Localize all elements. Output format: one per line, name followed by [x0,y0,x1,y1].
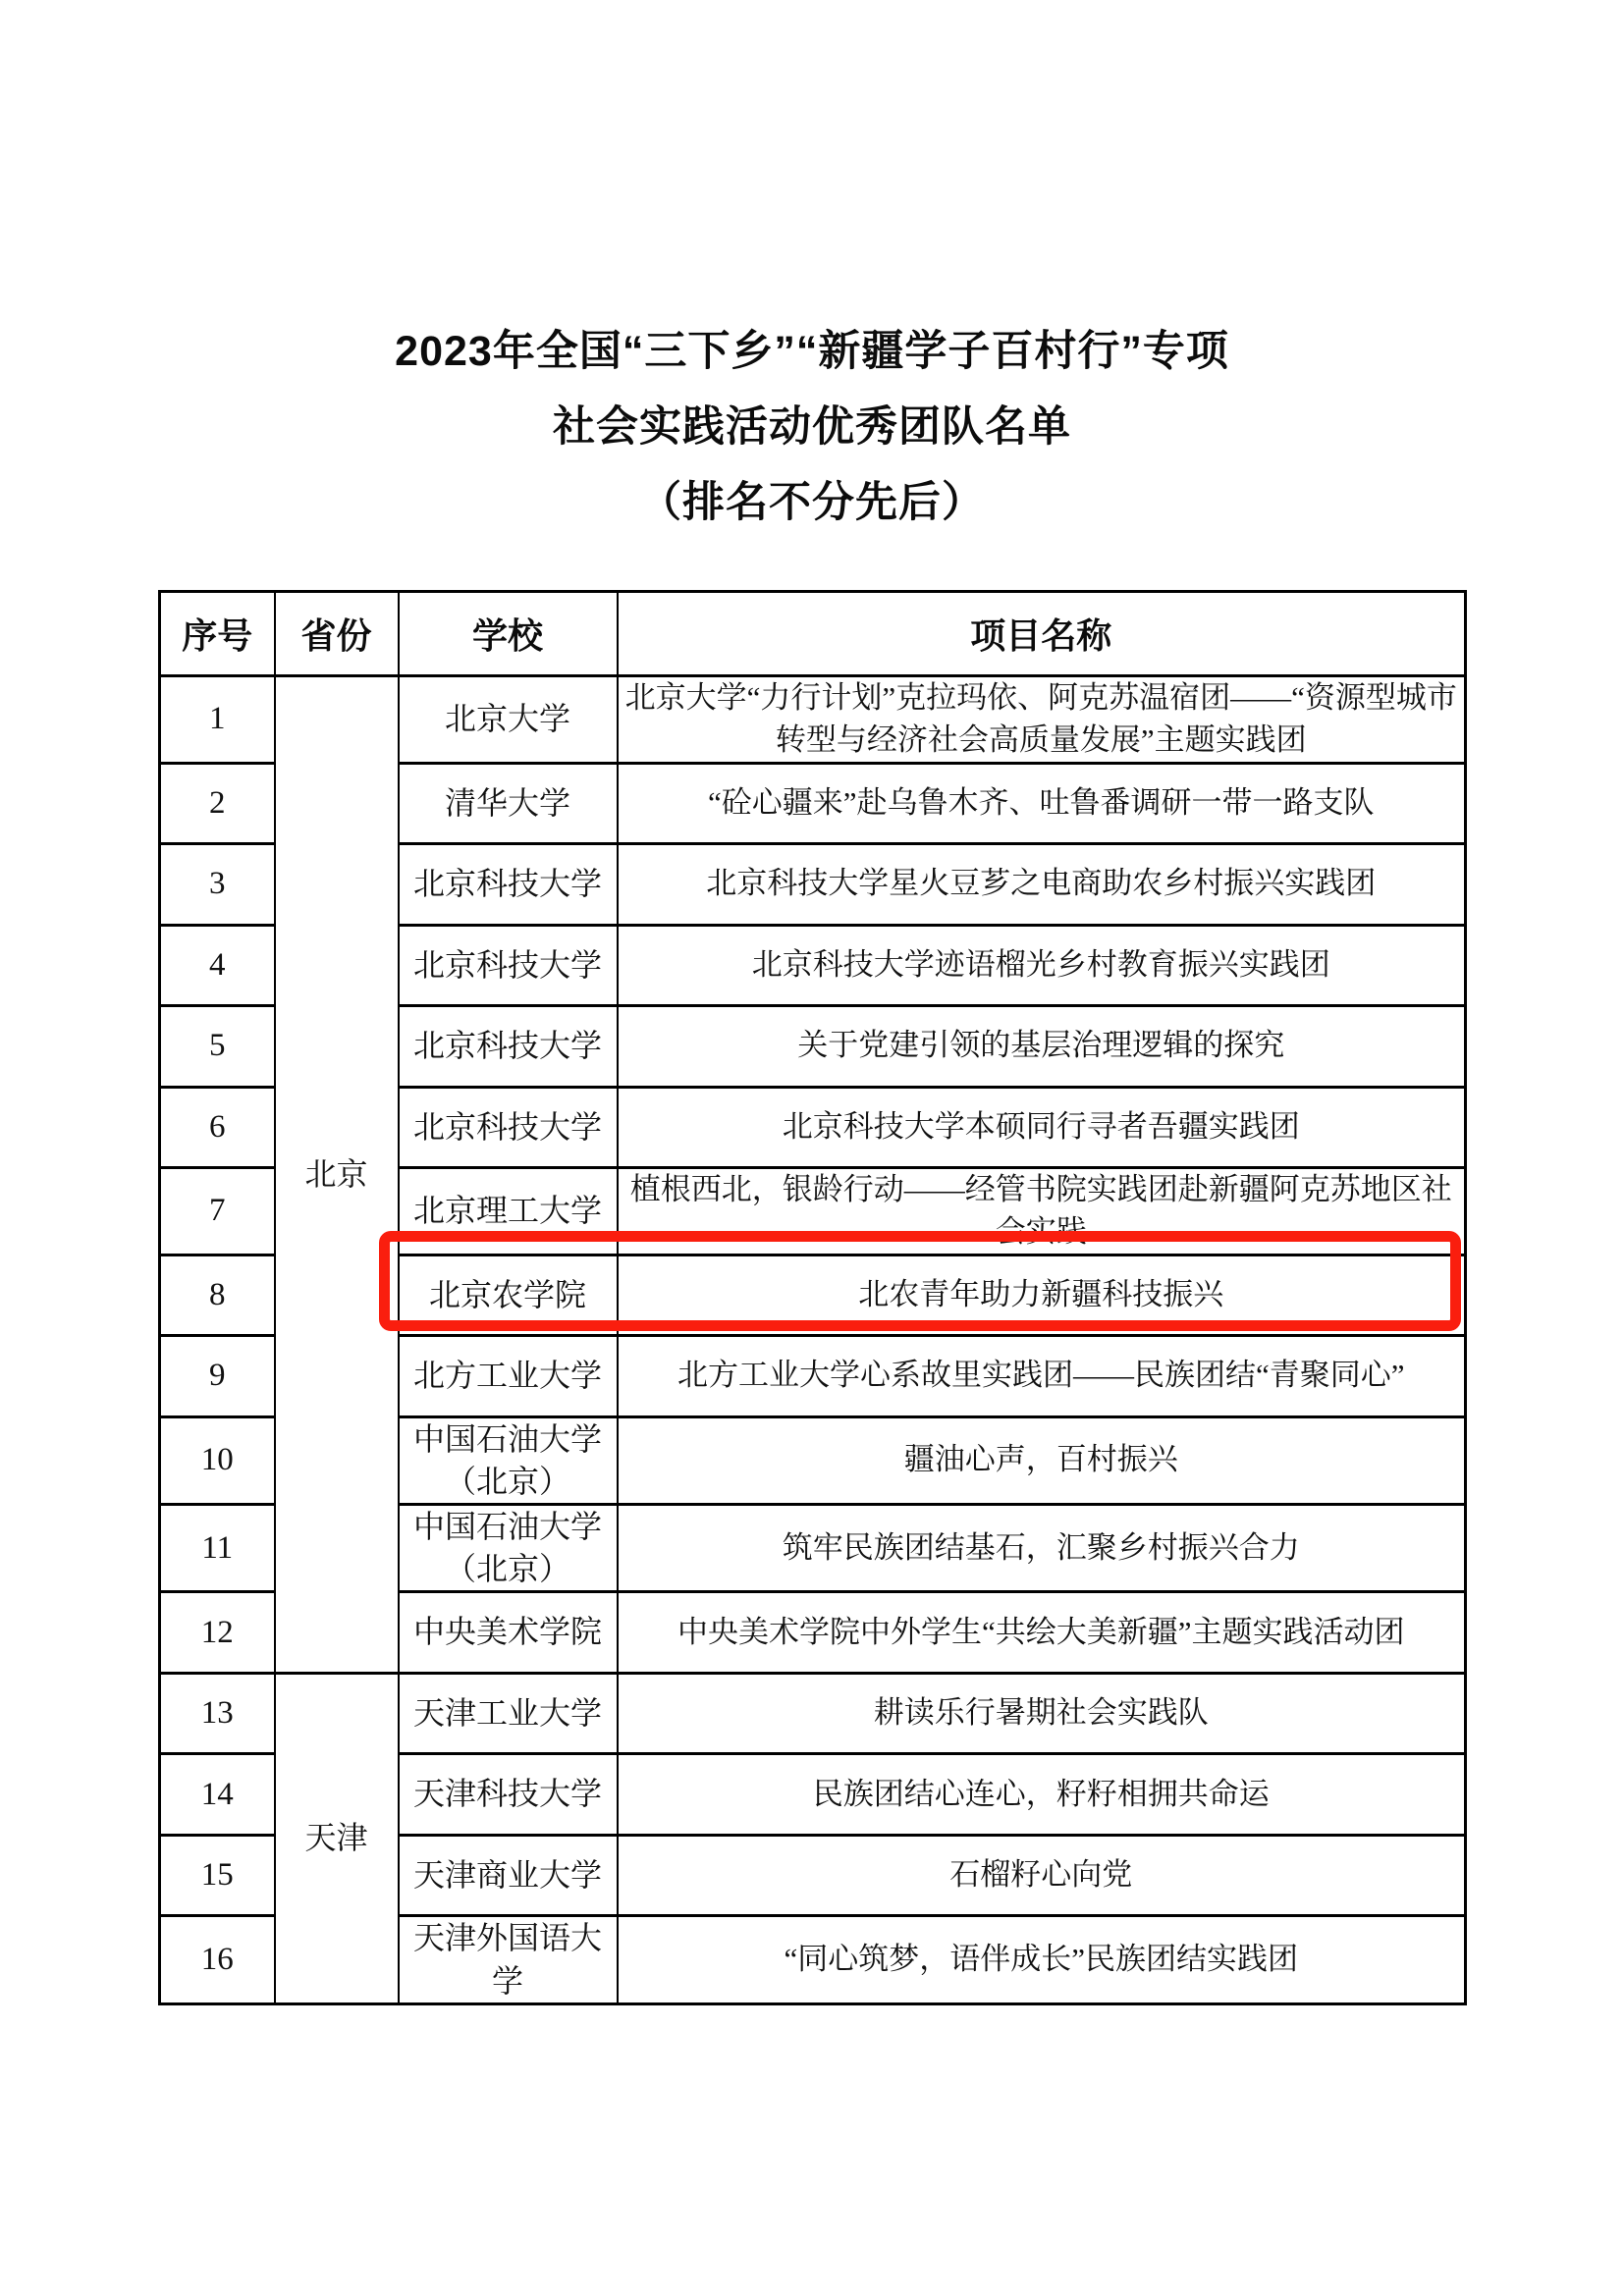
cell-no: 9 [160,1336,275,1417]
cell-no: 16 [160,1916,275,2003]
cell-project: “同心筑梦，语伴成长”民族团结实践团 [618,1916,1466,2003]
cell-no: 14 [160,1754,275,1836]
cell-school: 天津商业大学 [399,1835,618,1916]
cell-school: 中国石油大学（北京） [399,1416,618,1504]
cell-province-beijing: 北京 [275,676,399,1674]
cell-project: 关于党建引领的基层治理逻辑的探究 [618,1006,1466,1088]
cell-project: 北京科技大学星火豆芗之电商助农乡村振兴实践团 [618,844,1466,926]
cell-province-tianjin: 天津 [275,1673,399,2003]
title-line-3: （排名不分先后） [0,465,1624,541]
cell-project: 石榴籽心向党 [618,1835,1466,1916]
cell-school: 天津工业大学 [399,1673,618,1754]
title-line-1: 2023年全国“三下乡”“新疆学子百村行”专项 [0,314,1624,390]
cell-project: 北京大学“力行计划”克拉玛依、阿克苏温宿团——“资源型城市转型与经济社会高质量发… [618,676,1466,764]
cell-school: 北京农学院 [399,1255,618,1336]
cell-no: 8 [160,1255,275,1336]
table-row: 13 天津 天津工业大学 耕读乐行暑期社会实践队 [160,1673,1466,1754]
cell-no: 6 [160,1087,275,1168]
cell-no: 15 [160,1835,275,1916]
teams-table: 序号 省份 学校 项目名称 1 北京 北京大学 北京大学“力行计划”克拉玛依、阿… [158,590,1467,2005]
cell-no: 12 [160,1592,275,1674]
cell-no: 11 [160,1504,275,1591]
cell-project: 民族团结心连心，籽籽相拥共命运 [618,1754,1466,1836]
cell-school: 天津科技大学 [399,1754,618,1836]
cell-no: 13 [160,1673,275,1754]
table-row: 1 北京 北京大学 北京大学“力行计划”克拉玛依、阿克苏温宿团——“资源型城市转… [160,676,1466,764]
cell-school: 中央美术学院 [399,1592,618,1674]
cell-school: 北京大学 [399,676,618,764]
cell-project: 北京科技大学迹语榴光乡村教育振兴实践团 [618,925,1466,1006]
cell-school: 北京理工大学 [399,1168,618,1255]
cell-no: 5 [160,1006,275,1088]
cell-project: “砼心疆来”赴乌鲁木齐、吐鲁番调研一带一路支队 [618,763,1466,844]
header-province: 省份 [275,592,399,676]
cell-project: 筑牢民族团结基石，汇聚乡村振兴合力 [618,1504,1466,1591]
header-school: 学校 [399,592,618,676]
cell-project: 北农青年助力新疆科技振兴 [618,1255,1466,1336]
cell-no: 7 [160,1168,275,1255]
document-page: 2023年全国“三下乡”“新疆学子百村行”专项 社会实践活动优秀团队名单 （排名… [0,0,1624,2296]
cell-no: 3 [160,844,275,926]
cell-school: 北京科技大学 [399,1087,618,1168]
cell-school: 天津外国语大学 [399,1916,618,2003]
cell-project: 疆油心声，百村振兴 [618,1416,1466,1504]
cell-school: 中国石油大学（北京） [399,1504,618,1591]
cell-school: 北京科技大学 [399,844,618,926]
cell-no: 2 [160,763,275,844]
header-project: 项目名称 [618,592,1466,676]
cell-no: 10 [160,1416,275,1504]
cell-no: 4 [160,925,275,1006]
title-line-2: 社会实践活动优秀团队名单 [0,390,1624,465]
document-title: 2023年全国“三下乡”“新疆学子百村行”专项 社会实践活动优秀团队名单 （排名… [0,314,1624,541]
cell-project: 北方工业大学心系故里实践团——民族团结“青聚同心” [618,1336,1466,1417]
table-header-row: 序号 省份 学校 项目名称 [160,592,1466,676]
cell-project: 耕读乐行暑期社会实践队 [618,1673,1466,1754]
cell-school: 北京科技大学 [399,925,618,1006]
cell-school: 北方工业大学 [399,1336,618,1417]
cell-project: 北京科技大学本硕同行寻者吾疆实践团 [618,1087,1466,1168]
cell-school: 北京科技大学 [399,1006,618,1088]
cell-project: 植根西北，银龄行动——经管书院实践团赴新疆阿克苏地区社会实践 [618,1168,1466,1255]
header-no: 序号 [160,592,275,676]
cell-no: 1 [160,676,275,764]
cell-project: 中央美术学院中外学生“共绘大美新疆”主题实践活动团 [618,1592,1466,1674]
cell-school: 清华大学 [399,763,618,844]
